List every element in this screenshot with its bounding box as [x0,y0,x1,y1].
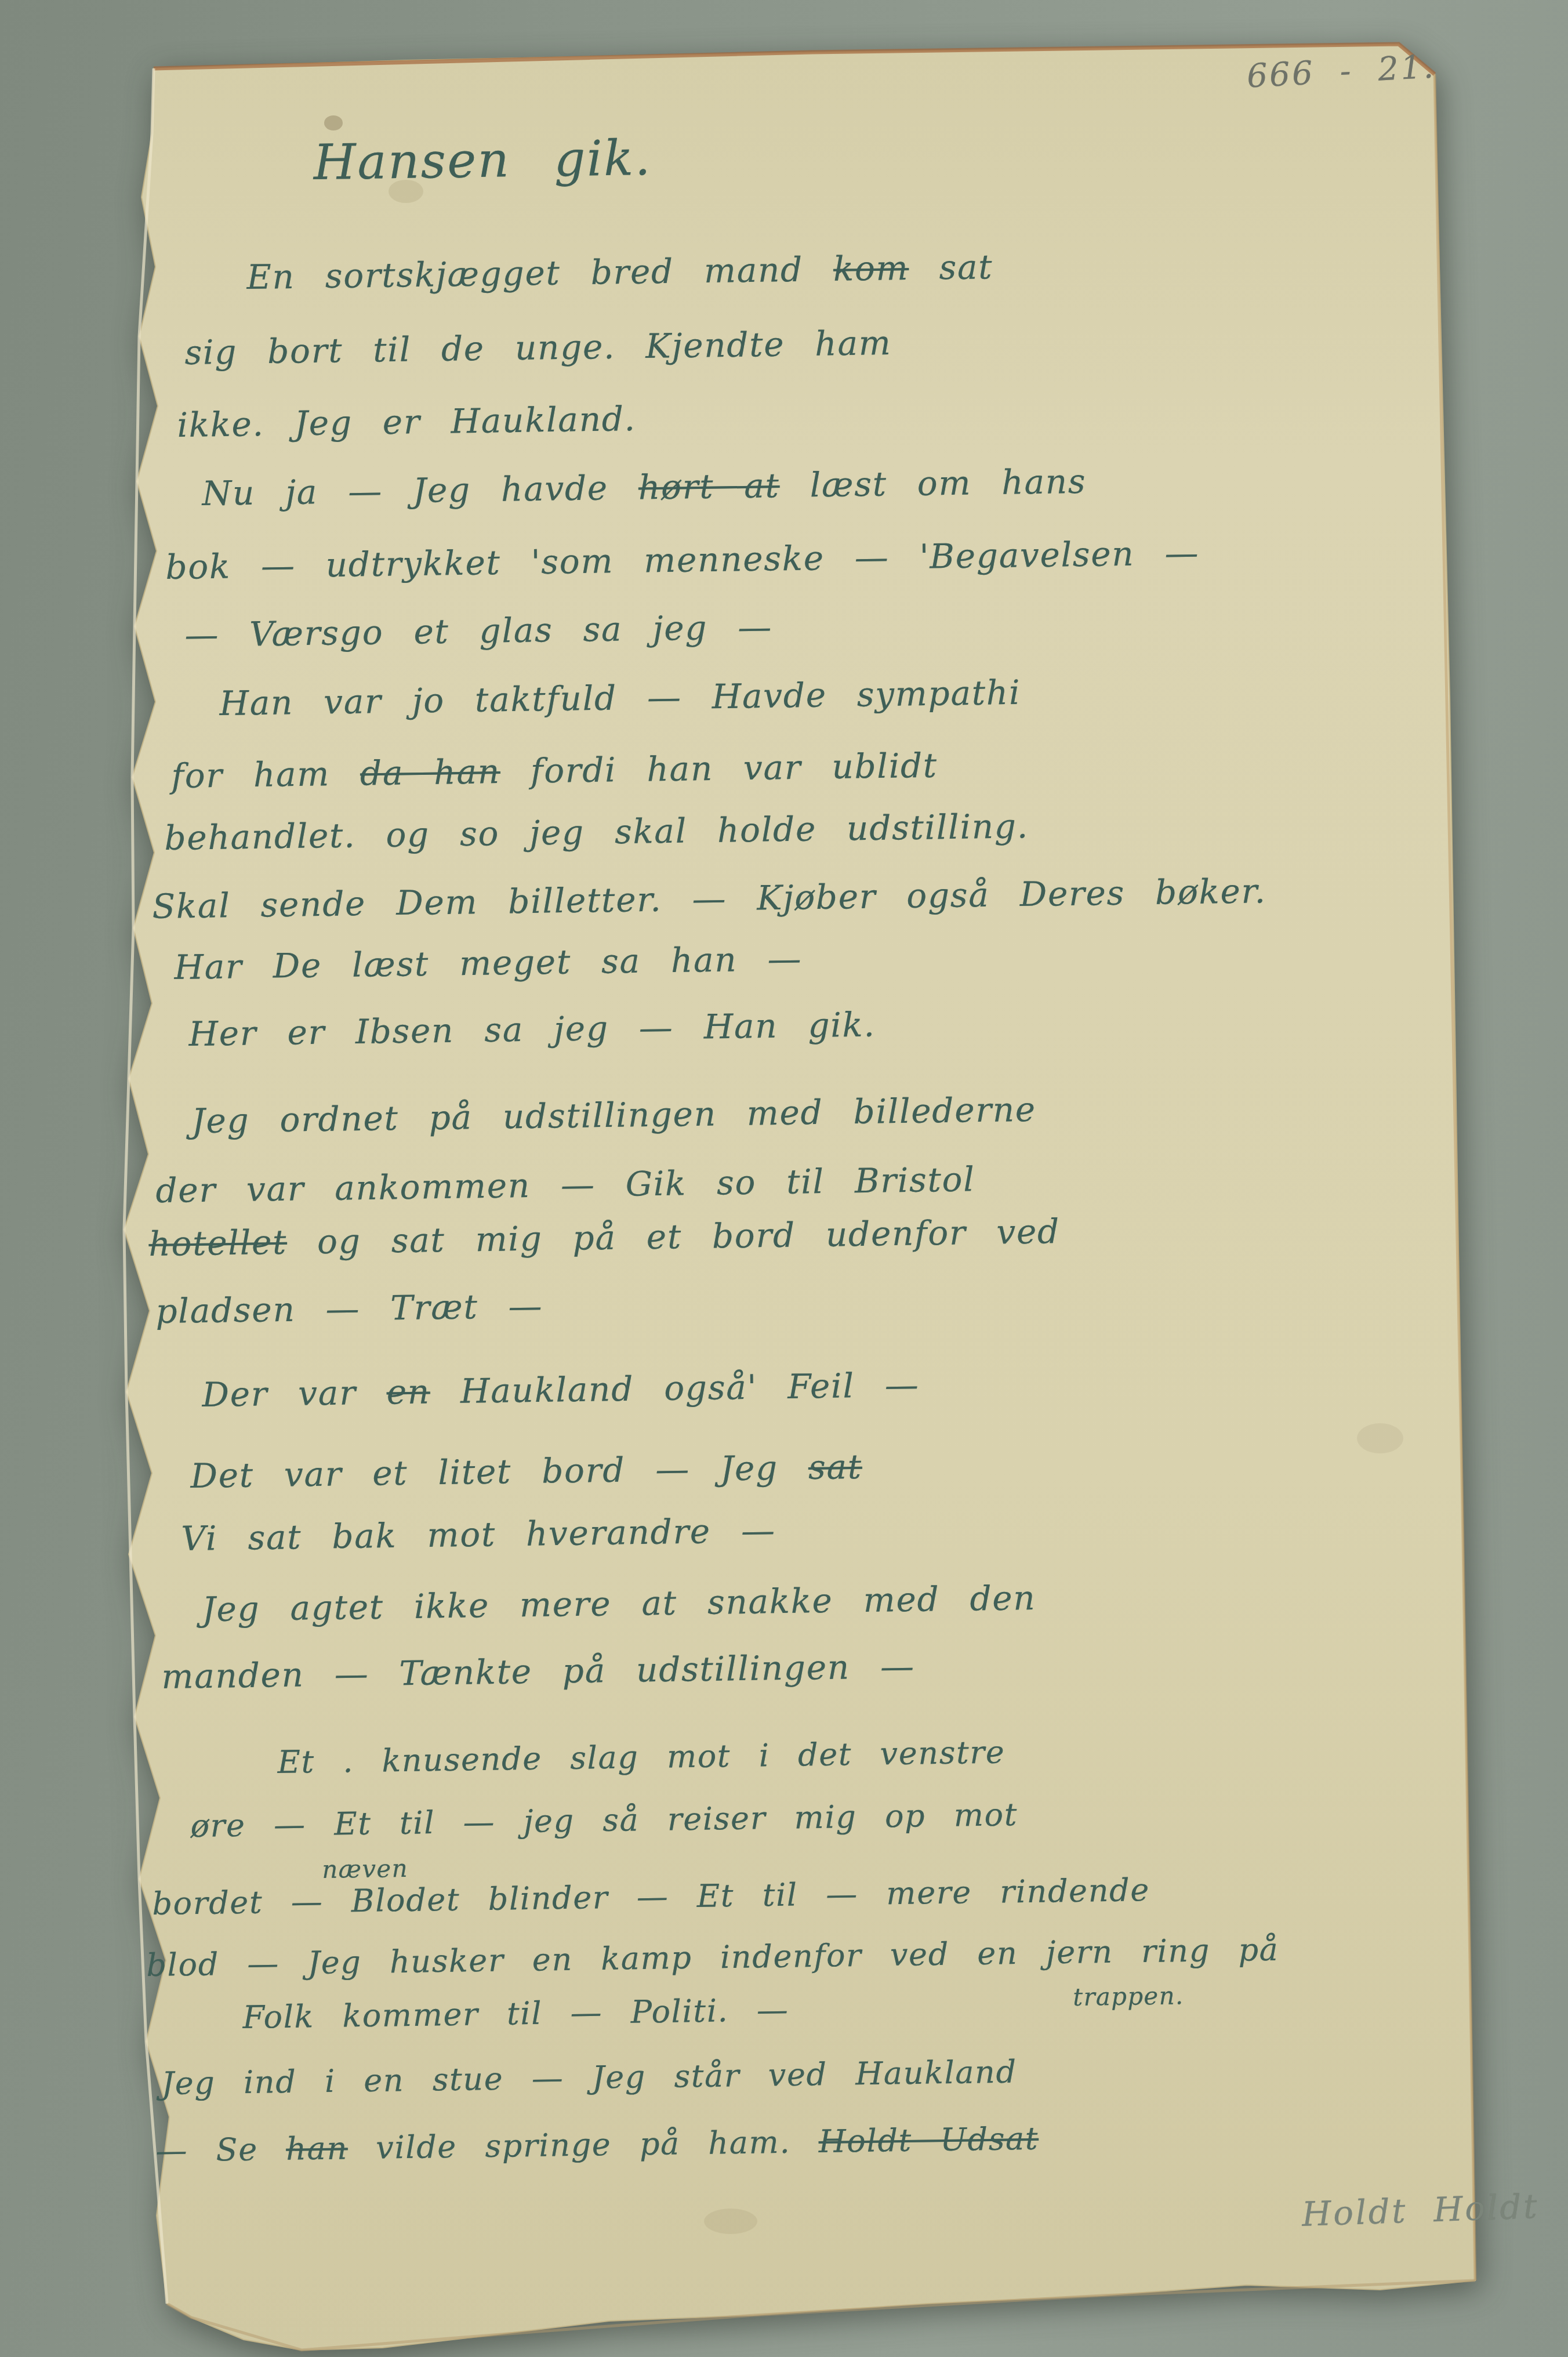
title-line: Hansen gik. [313,130,652,191]
handwritten-line: for ham da han fordi han var ublidt [171,746,938,796]
handwritten-text: næven [322,1854,408,1884]
manuscript-scan: Hansen gik.En sortskjægget bred mand kom… [0,0,1568,2357]
handwriting-layer: Hansen gik.En sortskjægget bred mand kom… [0,0,1568,2357]
handwritten-text: Vi sat bak mot hverandre — [181,1511,776,1558]
handwritten-line: ikke. Jeg er Haukland. [177,400,636,445]
handwritten-line: Han var jo taktfuld — Havde sympathi [219,673,1021,723]
handwritten-line: Nu ja — Jeg havde hørt at læst om hans [202,462,1087,513]
struck-out-text: Holdt Udsat [818,2120,1039,2160]
handwritten-line: En sortskjægget bred mand kom sat [246,248,993,297]
handwritten-text: Her er Ibsen sa jeg — Han gik. [188,1005,876,1054]
struck-out-text: han [286,2130,348,2167]
handwritten-text: Det var et litet bord — Jeg [190,1448,808,1496]
handwritten-text: pladsen — Træt — [155,1286,543,1331]
struck-out-text: en [386,1372,430,1412]
struck-out-text: hørt at [638,466,780,507]
handwritten-text: bok — udtrykket 'som menneske — 'Begavel… [165,533,1200,587]
pencil-note-bottom: Holdt Holdt [1301,2189,1540,2231]
handwritten-line: Et . knusende slag mot i det venstre [277,1734,1006,1781]
handwritten-text: der var ankommen — Gik so til Bristol [155,1159,975,1210]
handwritten-text: Folk kommer til — Politi. — [242,1992,789,2036]
handwritten-line: sig bort til de unge. Kjendte ham [184,324,892,372]
handwritten-text: — Se [155,2131,286,2169]
handwritten-text: Han var jo taktfuld — Havde sympathi [219,673,1021,723]
handwritten-text: — Værsgo et glas sa jeg — [184,607,772,655]
handwritten-line: bok — udtrykket 'som menneske — 'Begavel… [165,534,1200,587]
handwritten-line: — Se han vilde springe på ham. Holdt Uds… [155,2121,1039,2169]
handwritten-text: og sat mig på et bord udenfor ved [287,1212,1061,1262]
handwritten-line: Vi sat bak mot hverandre — [181,1511,776,1558]
handwritten-text: ikke. Jeg er Haukland. [177,399,636,445]
struck-out-text: sat [808,1447,862,1487]
handwritten-line: manden — Tænkte på udstillingen — [161,1647,915,1696]
inserted-word: trappen. [1073,1982,1184,2011]
handwritten-text: læst om hans [779,462,1087,505]
handwritten-text: En sortskjægget bred mand [246,249,834,297]
handwritten-text: Jeg agtet ikke mere at snakke med den [202,1578,1036,1629]
handwritten-text: blod — Jeg husker en kamp indenfor ved e… [146,1931,1279,1983]
handwritten-line: Her er Ibsen sa jeg — Han gik. [188,1005,876,1053]
handwritten-line: — Værsgo et glas sa jeg — [184,608,772,655]
handwritten-line: der var ankommen — Gik so til Bristol [155,1160,975,1210]
handwritten-text: Et . knusende slag mot i det venstre [277,1734,1006,1781]
handwritten-text: sat [909,247,993,288]
handwritten-text: Haukland også' Feil — [430,1365,920,1412]
handwritten-text: Nu ja — Jeg havde [202,467,638,513]
handwritten-line: bordet — Blodet blinder — Et til — mere … [152,1872,1150,1922]
inserted-word: næven [322,1855,408,1884]
handwritten-line: pladsen — Træt — [155,1287,543,1331]
handwritten-text: sig bort til de unge. Kjendte ham [184,323,892,372]
handwritten-line: øre — Et til — jeg så reiser mig op mot [190,1797,1018,1844]
handwritten-text: behandlet. og so jeg skal holde udstilli… [164,806,1029,858]
handwritten-line: Jeg ind i en stue — Jeg står ved Hauklan… [161,2054,1017,2102]
handwritten-text: manden — Tænkte på udstillingen — [161,1647,915,1696]
handwritten-text: bordet — Blodet blinder — Et til — mere … [152,1872,1150,1922]
handwritten-line: Jeg ordnet på udstillingen med billedern… [191,1090,1036,1141]
handwritten-text: Skal sende Dem billetter. — Kjøber også … [152,871,1266,926]
handwritten-text: Jeg ind i en stue — Jeg står ved Hauklan… [161,2053,1017,2102]
handwritten-text: Der var [202,1373,387,1415]
handwritten-line: Folk kommer til — Politi. — [242,1992,789,2036]
handwritten-line: behandlet. og so jeg skal holde udstilli… [164,807,1029,857]
handwritten-text: Har De læst meget sa han — [174,939,803,987]
handwritten-line: hotellet og sat mig på et bord udenfor v… [148,1212,1060,1264]
handwritten-text: vilde springe på ham. [347,2123,819,2166]
handwritten-text: fordi han var ublidt [500,746,938,792]
handwritten-line: Det var et litet bord — Jeg sat [190,1448,862,1496]
handwritten-text: for ham [171,753,361,796]
handwritten-text: Hansen gik. [313,129,652,191]
handwritten-text: øre — Et til — jeg så reiser mig op mot [190,1796,1018,1844]
handwritten-line: Der var en Haukland også' Feil — [202,1366,920,1415]
handwritten-text: Jeg ordnet på udstillingen med billedern… [191,1090,1036,1141]
handwritten-line: Har De læst meget sa han — [174,940,803,987]
handwritten-line: Skal sende Dem billetter. — Kjøber også … [152,872,1266,926]
struck-out-text: hotellet [148,1223,287,1264]
handwritten-line: blod — Jeg husker en kamp indenfor ved e… [146,1932,1279,1983]
handwritten-line: Jeg agtet ikke mere at snakke med den [202,1579,1036,1629]
scan-background: { "document": { "kind_label": "handwritt… [0,0,1568,2357]
handwritten-text: trappen. [1073,1981,1184,2011]
struck-out-text: kom [833,248,909,289]
struck-out-text: da han [360,752,501,793]
archive-number-annotation: 666 - 21. [1246,51,1436,93]
